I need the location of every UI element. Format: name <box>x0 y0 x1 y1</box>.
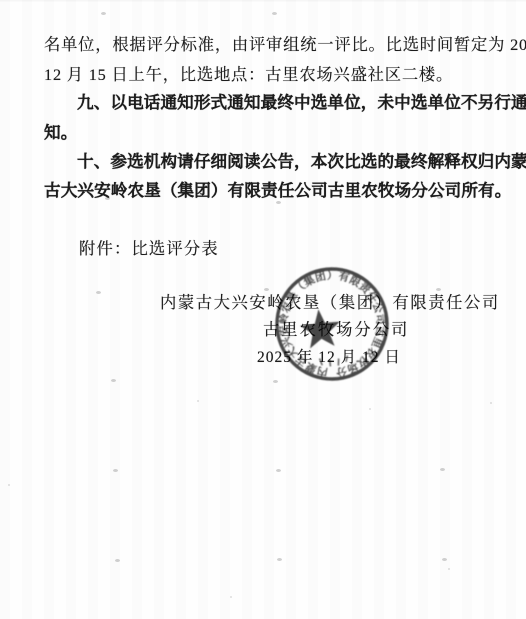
scan-speck <box>8 484 10 486</box>
scanned-document-page: 名单位，根据评分标准，由评审组统一评比。比选时间暂定为 2025 年 12 月 … <box>0 0 526 619</box>
scan-speck <box>490 402 492 404</box>
scan-speck <box>277 558 282 561</box>
body-line-3-item-nine: 九、以电话通知形式通知最终中选单位，未中选单位不另行通 <box>77 93 526 112</box>
scan-speck <box>96 291 101 294</box>
scan-speck <box>276 201 281 204</box>
scan-speck <box>230 596 232 598</box>
scan-speck <box>272 12 277 15</box>
scan-speck <box>440 468 445 471</box>
scan-speck <box>115 559 120 562</box>
body-line-2: 12 月 15 日上午，比选地点：古里农场兴盛社区二楼。 <box>44 66 453 85</box>
scan-speck <box>437 196 442 199</box>
scan-speck <box>264 288 269 291</box>
scan-speck <box>197 400 199 402</box>
scan-speck <box>101 12 106 15</box>
svg-text:内蒙古大兴安岭农垦（集团）有限责任公司古里农牧场分公司: 内蒙古大兴安岭农垦（集团）有限责任公司古里农牧场分公司 <box>264 256 393 387</box>
scan-speck <box>448 568 450 570</box>
company-seal-stamp: 内蒙古大兴安岭农垦（集团）有限责任公司古里农牧场分公司 <box>264 256 400 392</box>
body-line-4: 知。 <box>44 123 77 142</box>
body-line-1: 名单位，根据评分标准，由评审组统一评比。比选时间暂定为 2025 年 <box>44 36 526 55</box>
scan-speck <box>276 469 281 472</box>
scan-speck <box>105 197 110 200</box>
body-line-5-item-ten: 十、参选机构请仔细阅读公告，本次比选的最终解释权归内蒙 <box>77 152 526 171</box>
scan-speck <box>113 469 118 472</box>
scan-speck <box>369 408 371 410</box>
attachment-line: 附件：比选评分表 <box>79 240 219 259</box>
star-icon <box>299 307 343 349</box>
seal-ring-text: 内蒙古大兴安岭农垦（集团）有限责任公司古里农牧场分公司 <box>264 256 393 387</box>
scan-speck <box>273 380 278 383</box>
scan-speck <box>442 558 447 561</box>
scan-speck <box>111 379 116 382</box>
scan-speck <box>436 288 441 291</box>
